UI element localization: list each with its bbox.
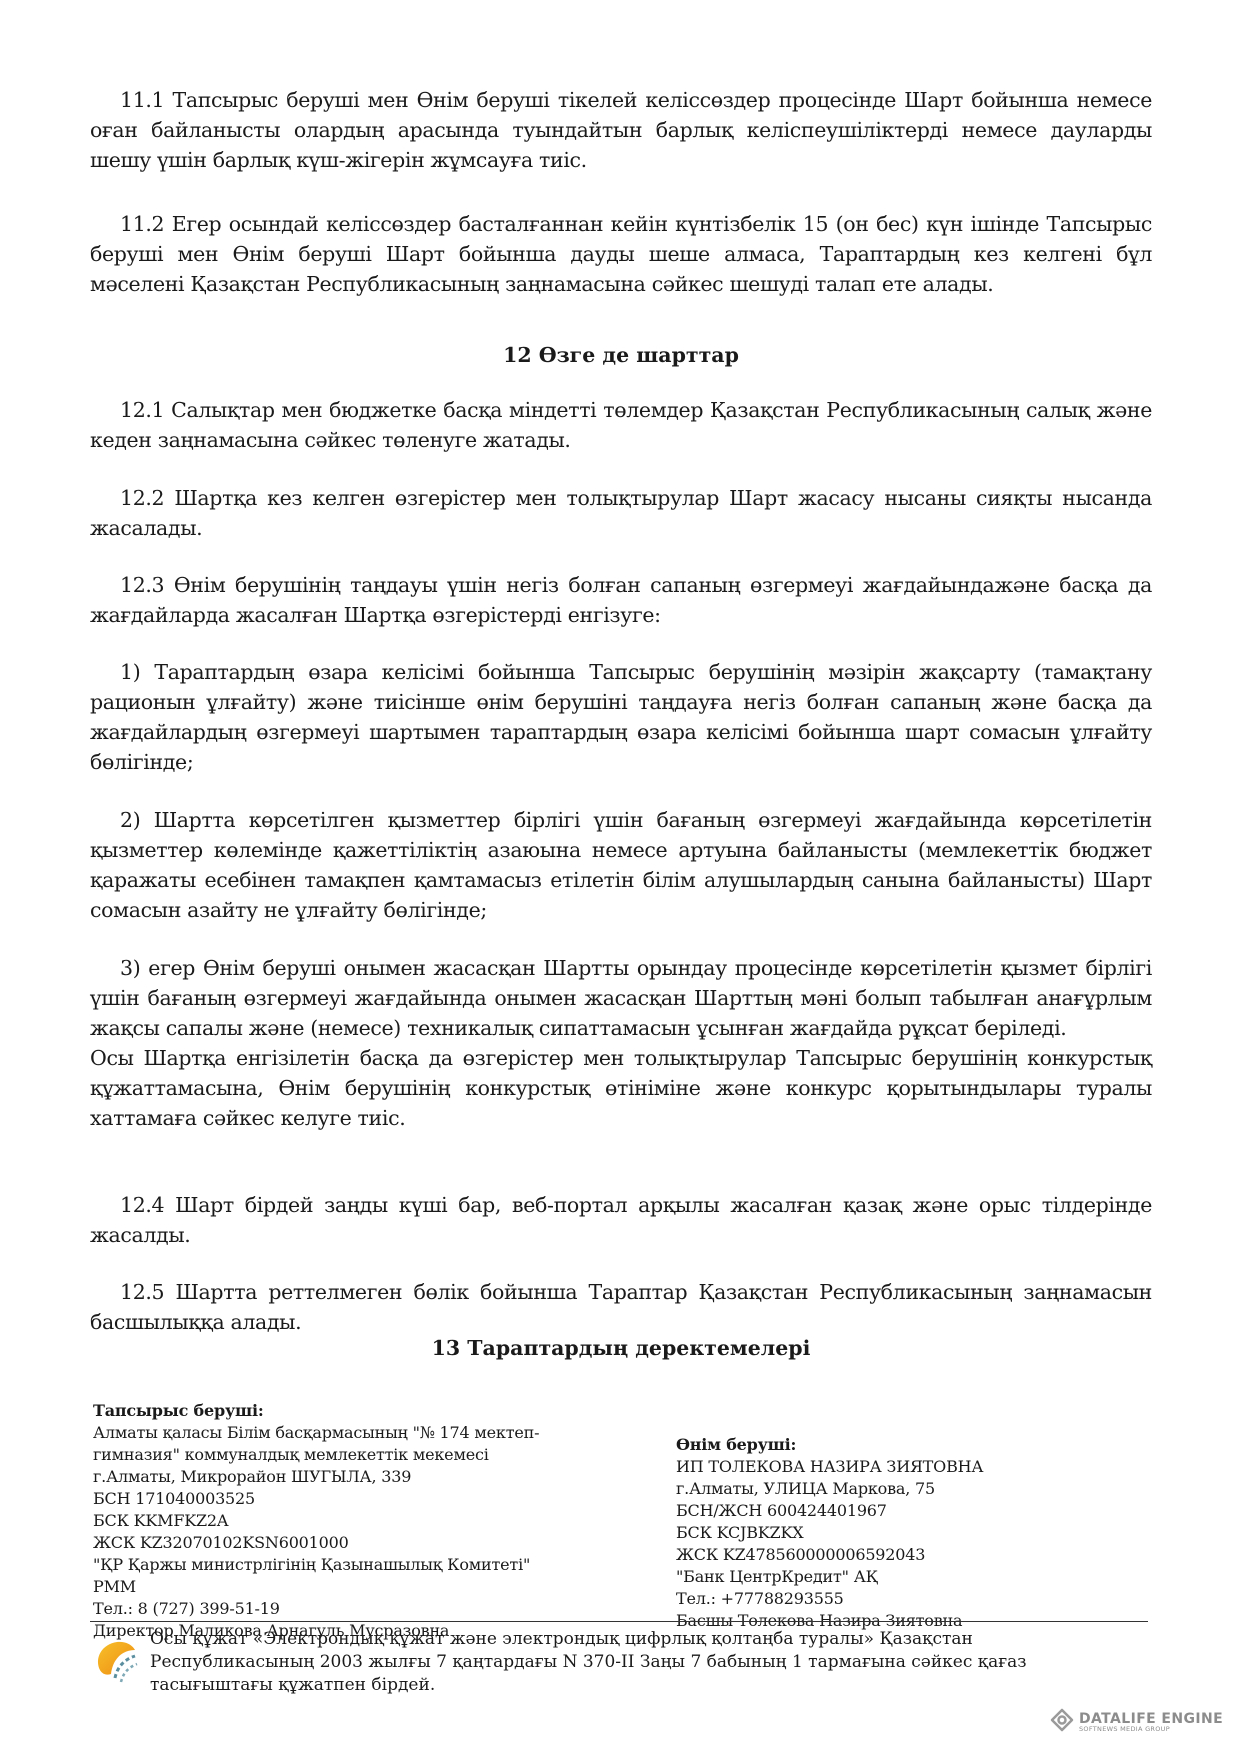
- paragraph-11-2: 11.2 Егер осындай келіссөздер басталғанн…: [90, 209, 1152, 299]
- datalife-logo-icon: [1050, 1708, 1074, 1736]
- list-item-3-continuation: Осы Шартқа енгізілетін басқа да өзгеріст…: [90, 1043, 1152, 1133]
- customer-line: г.Алматы, Микрорайон ШУГЫЛА, 339: [93, 1466, 539, 1488]
- supplier-title: Өнім беруші:: [676, 1434, 983, 1456]
- customer-details: Тапсырыс беруші: Алматы қаласы Білім бас…: [93, 1400, 539, 1642]
- egov-sun-logo-icon: [93, 1638, 139, 1684]
- supplier-line: ИП ТОЛЕКОВА НАЗИРА ЗИЯТОВНА: [676, 1456, 983, 1478]
- section-12-3-item-2: 2) Шартта көрсетілген қызметтер бірлігі …: [90, 805, 1152, 925]
- customer-line: гимназия" коммуналдық мемлекеттік мекеме…: [93, 1444, 539, 1466]
- customer-line: БСК KKMFKZ2A: [93, 1510, 539, 1532]
- electronic-document-note: Осы құжат «Электрондық құжат және электр…: [150, 1628, 1110, 1697]
- customer-title: Тапсырыс беруші:: [93, 1400, 539, 1422]
- paragraph-12-1: 12.1 Салықтар мен бюджетке басқа міндетт…: [90, 395, 1152, 455]
- supplier-line: ЖСК KZ478560000006592043: [676, 1544, 983, 1566]
- section-11-2: 11.2 Егер осындай келіссөздер басталғанн…: [90, 209, 1152, 299]
- watermark-title: DATALIFE ENGINE: [1079, 1712, 1223, 1726]
- section-12-3: 12.3 Өнім берушінің таңдауы үшін негіз б…: [90, 570, 1152, 630]
- section-12-3-item-1: 1) Тараптардың өзара келісімі бойынша Та…: [90, 657, 1152, 777]
- supplier-line: г.Алматы, УЛИЦА Маркова, 75: [676, 1478, 983, 1500]
- document-page: 11.1 Тапсырыс беруші мен Өнім беруші тік…: [0, 0, 1241, 1754]
- supplier-line: "Банк ЦентрКредит" АҚ: [676, 1566, 983, 1588]
- supplier-line: Тел.: +77788293555: [676, 1588, 983, 1610]
- paragraph-12-3: 12.3 Өнім берушінің таңдауы үшін негіз б…: [90, 570, 1152, 630]
- footer-separator: [90, 1621, 1148, 1622]
- section-12-5: 12.5 Шартта реттелмеген бөлік бойынша Та…: [90, 1277, 1152, 1337]
- paragraph-12-5: 12.5 Шартта реттелмеген бөлік бойынша Та…: [90, 1277, 1152, 1337]
- customer-line: ЖСК KZ32070102KSN6001000: [93, 1532, 539, 1554]
- list-item-2: 2) Шартта көрсетілген қызметтер бірлігі …: [90, 805, 1152, 925]
- supplier-details: Өнім беруші: ИП ТОЛЕКОВА НАЗИРА ЗИЯТОВНА…: [676, 1434, 983, 1632]
- section-12-3-item-3: 3) егер Өнім беруші онымен жасасқан Шарт…: [90, 953, 1152, 1133]
- paragraph-11-1: 11.1 Тапсырыс беруші мен Өнім беруші тік…: [90, 85, 1152, 175]
- customer-line: Тел.: 8 (727) 399-51-19: [93, 1598, 539, 1620]
- customer-line: БСН 171040003525: [93, 1488, 539, 1510]
- customer-line: Алматы қаласы Білім басқармасының "№ 174…: [93, 1422, 539, 1444]
- heading-section-13: 13 Тараптардың деректемелері: [90, 1333, 1152, 1363]
- paragraph-12-4: 12.4 Шарт бірдей заңды күші бар, веб-пор…: [90, 1190, 1152, 1250]
- section-12-1: 12.1 Салықтар мен бюджетке басқа міндетт…: [90, 395, 1152, 455]
- customer-line: РММ: [93, 1576, 539, 1598]
- supplier-line: БСН/ЖСН 600424401967: [676, 1500, 983, 1522]
- section-12-4: 12.4 Шарт бірдей заңды күші бар, веб-пор…: [90, 1190, 1152, 1250]
- heading-section-12: 12 Өзге де шарттар: [90, 340, 1152, 370]
- list-item-3: 3) егер Өнім беруші онымен жасасқан Шарт…: [90, 953, 1152, 1043]
- list-item-1: 1) Тараптардың өзара келісімі бойынша Та…: [90, 657, 1152, 777]
- customer-line: "ҚР Қаржы министрлігінің Қазынашылық Ком…: [93, 1554, 539, 1576]
- section-12-2: 12.2 Шартқа кез келген өзгерістер мен то…: [90, 483, 1152, 543]
- supplier-line: БСК KCJBKZKX: [676, 1522, 983, 1544]
- datalife-watermark: DATALIFE ENGINE SOFTNEWS MEDIA GROUP: [1050, 1708, 1223, 1736]
- section-11-1: 11.1 Тапсырыс беруші мен Өнім беруші тік…: [90, 85, 1152, 175]
- paragraph-12-2: 12.2 Шартқа кез келген өзгерістер мен то…: [90, 483, 1152, 543]
